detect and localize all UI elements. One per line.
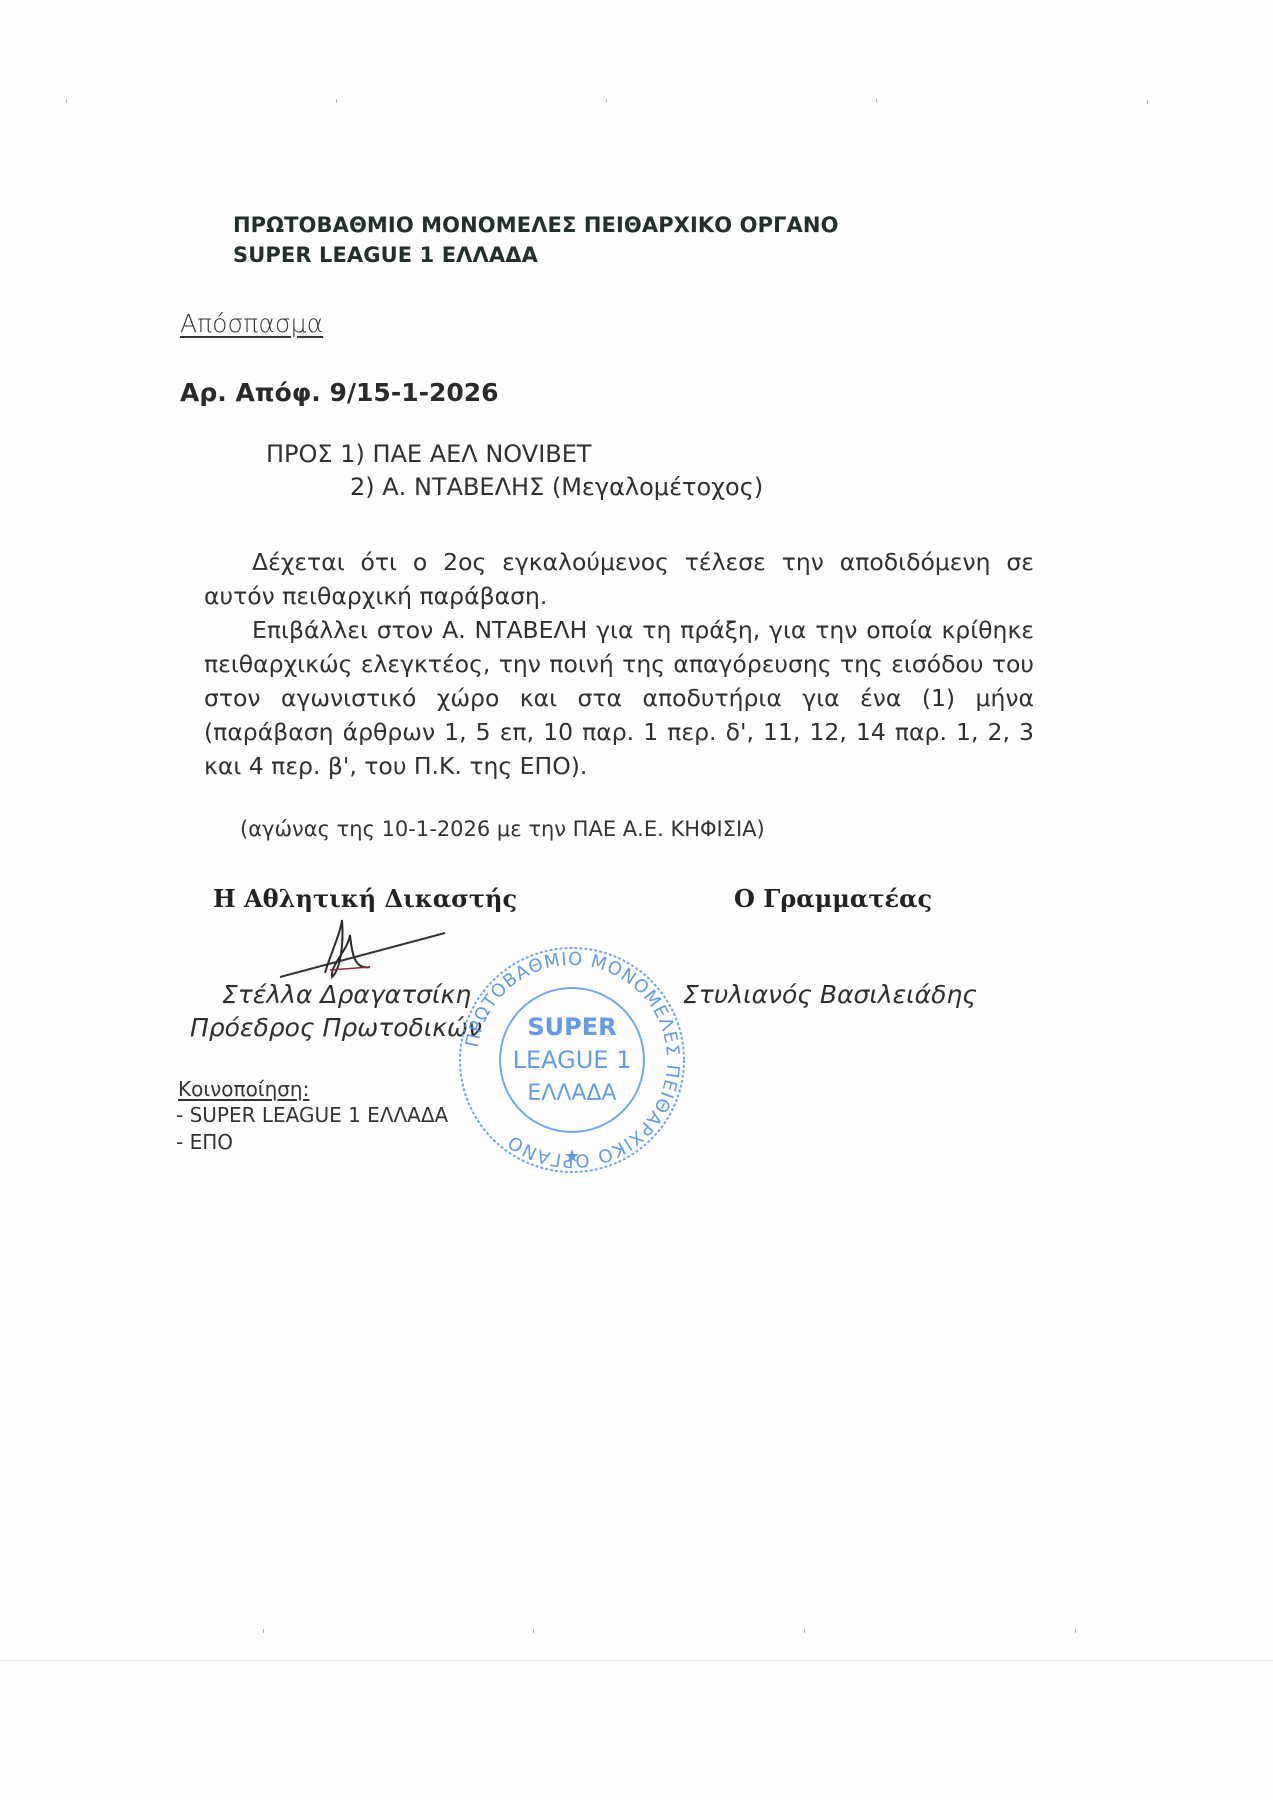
star-icon: ★ <box>564 1146 580 1167</box>
scan-mark <box>533 1629 534 1633</box>
organization-subheader: SUPER LEAGUE 1 ΕΛΛΑΔΑ <box>233 243 538 267</box>
document-page: ΠΡΩΤΟΒΑΘΜΙΟ ΜΟΝΟΜΕΛΕΣ ΠΕΙΘΑΡΧΙΚΟ ΟΡΓΑΝΟ … <box>0 0 1273 1800</box>
scan-mark <box>876 99 877 103</box>
judge-name: Στέλλα Δραγατσίκη <box>222 980 471 1009</box>
match-note: (αγώνας της 10-1-2026 με την ΠΑΕ Α.Ε. ΚΗ… <box>240 817 765 841</box>
scan-line <box>0 1660 1273 1661</box>
scan-mark <box>66 99 67 103</box>
recipient-line-2: 2) Α. ΝΤΑΒΕΛΗΣ (Μεγαλομέτοχος) <box>350 473 763 501</box>
cc-item: - SUPER LEAGUE 1 ΕΛΛΑΔΑ <box>176 1103 448 1127</box>
recipient-line-1: ΠΡΟΣ 1) ΠΑΕ ΑΕΛ NOVIBET <box>266 440 592 468</box>
paragraph-finding: Δέχεται ότι ο 2ος εγκαλούμενος τέλεσε τη… <box>204 545 1034 613</box>
stamp-center-line-1: SUPER <box>527 1013 616 1041</box>
scan-mark <box>263 1629 264 1633</box>
judge-title: Η Αθλητική Δικαστής <box>213 884 517 913</box>
judge-role: Πρόεδρος Πρωτοδικών <box>190 1013 482 1042</box>
scan-mark <box>1075 1629 1076 1633</box>
paragraph-penalty: Επιβάλλει στον Α. ΝΤΑΒΕΛΗ για τη πράξη, … <box>204 613 1034 783</box>
handwritten-signature <box>270 915 450 985</box>
cc-item: - ΕΠΟ <box>176 1130 233 1154</box>
scan-mark <box>1147 100 1148 104</box>
scan-mark <box>606 99 607 103</box>
scan-mark <box>804 1629 805 1633</box>
official-stamp: ΠΡΩΤΟΒΑΘΜΙΟ ΜΟΝΟΜΕΛΕΣ ΠΕΙΘΑΡΧΙΚΟ ΟΡΓΑΝΟ … <box>452 940 692 1180</box>
excerpt-label: Απόσπασμα <box>180 309 323 338</box>
stamp-center-line-2: LEAGUE 1 <box>513 1046 632 1074</box>
decision-number: Αρ. Απόφ. 9/15-1-2026 <box>180 378 499 407</box>
scan-mark <box>336 99 337 103</box>
secretary-name: Στυλιανός Βασιλειάδης <box>683 980 977 1009</box>
secretary-title: Ο Γραμματέας <box>734 884 932 913</box>
organization-header: ΠΡΩΤΟΒΑΘΜΙΟ ΜΟΝΟΜΕΛΕΣ ΠΕΙΘΑΡΧΙΚΟ ΟΡΓΑΝΟ <box>233 213 839 237</box>
cc-label: Κοινοποίηση: <box>178 1077 309 1101</box>
stamp-center-line-3: ΕΛΛΑΔΑ <box>527 1081 616 1106</box>
